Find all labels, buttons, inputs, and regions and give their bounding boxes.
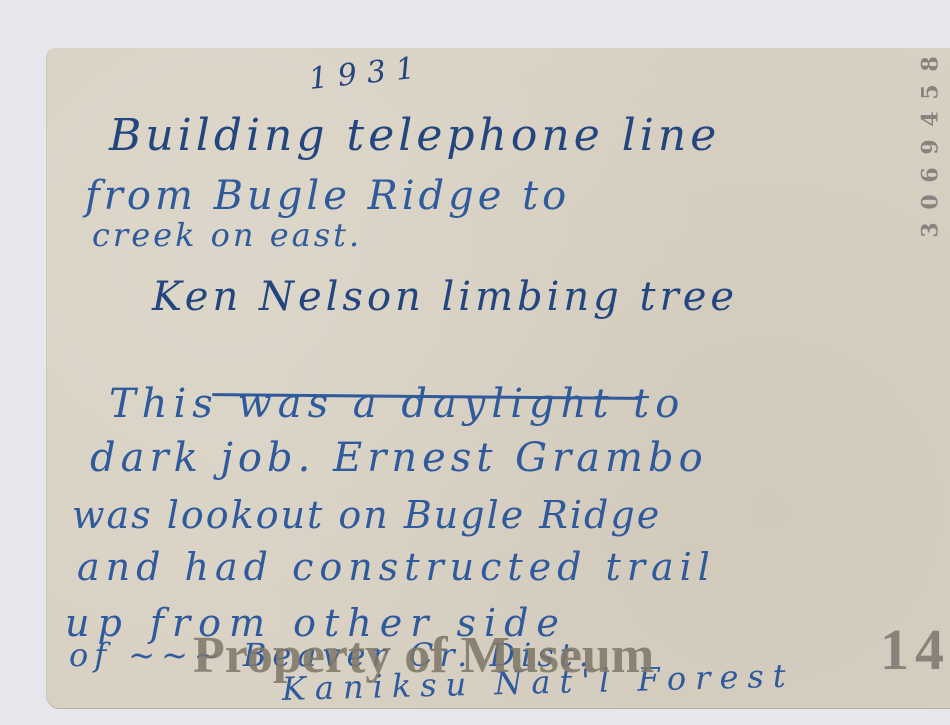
stamp-digit: 5	[919, 84, 943, 99]
stamp-digit: 8	[919, 56, 943, 71]
archival-card: 1931 Building telephone line from Bugle …	[47, 48, 950, 708]
stamp-digit: 9	[919, 139, 943, 154]
handwritten-line-4: Ken Nelson limbing tree	[152, 274, 738, 320]
handwritten-line-1: Building telephone line	[109, 110, 720, 161]
handwritten-line-7: was lookout on Bugle Ridge	[72, 493, 661, 537]
stamp-digit: 0	[919, 195, 943, 210]
number-stamp: 14	[880, 616, 950, 683]
vertical-id-stamp: 8 5 4 9 6 0 3	[912, 52, 950, 242]
watermark: Property of Museum	[193, 626, 654, 685]
handwritten-line-6: dark job. Ernest Grambo	[90, 435, 708, 481]
handwritten-line-3: creek on east.	[92, 216, 362, 254]
handwritten-line-5: This was a daylight to	[109, 381, 685, 427]
stamp-digit: 6	[919, 167, 943, 182]
handwritten-line-8: and had constructed trail	[77, 545, 716, 589]
stamp-digit: 3	[919, 222, 943, 237]
handwritten-line-2: from Bugle Ridge to	[85, 173, 570, 219]
year-heading: 1931	[307, 50, 426, 97]
stamp-digit: 4	[919, 112, 943, 127]
